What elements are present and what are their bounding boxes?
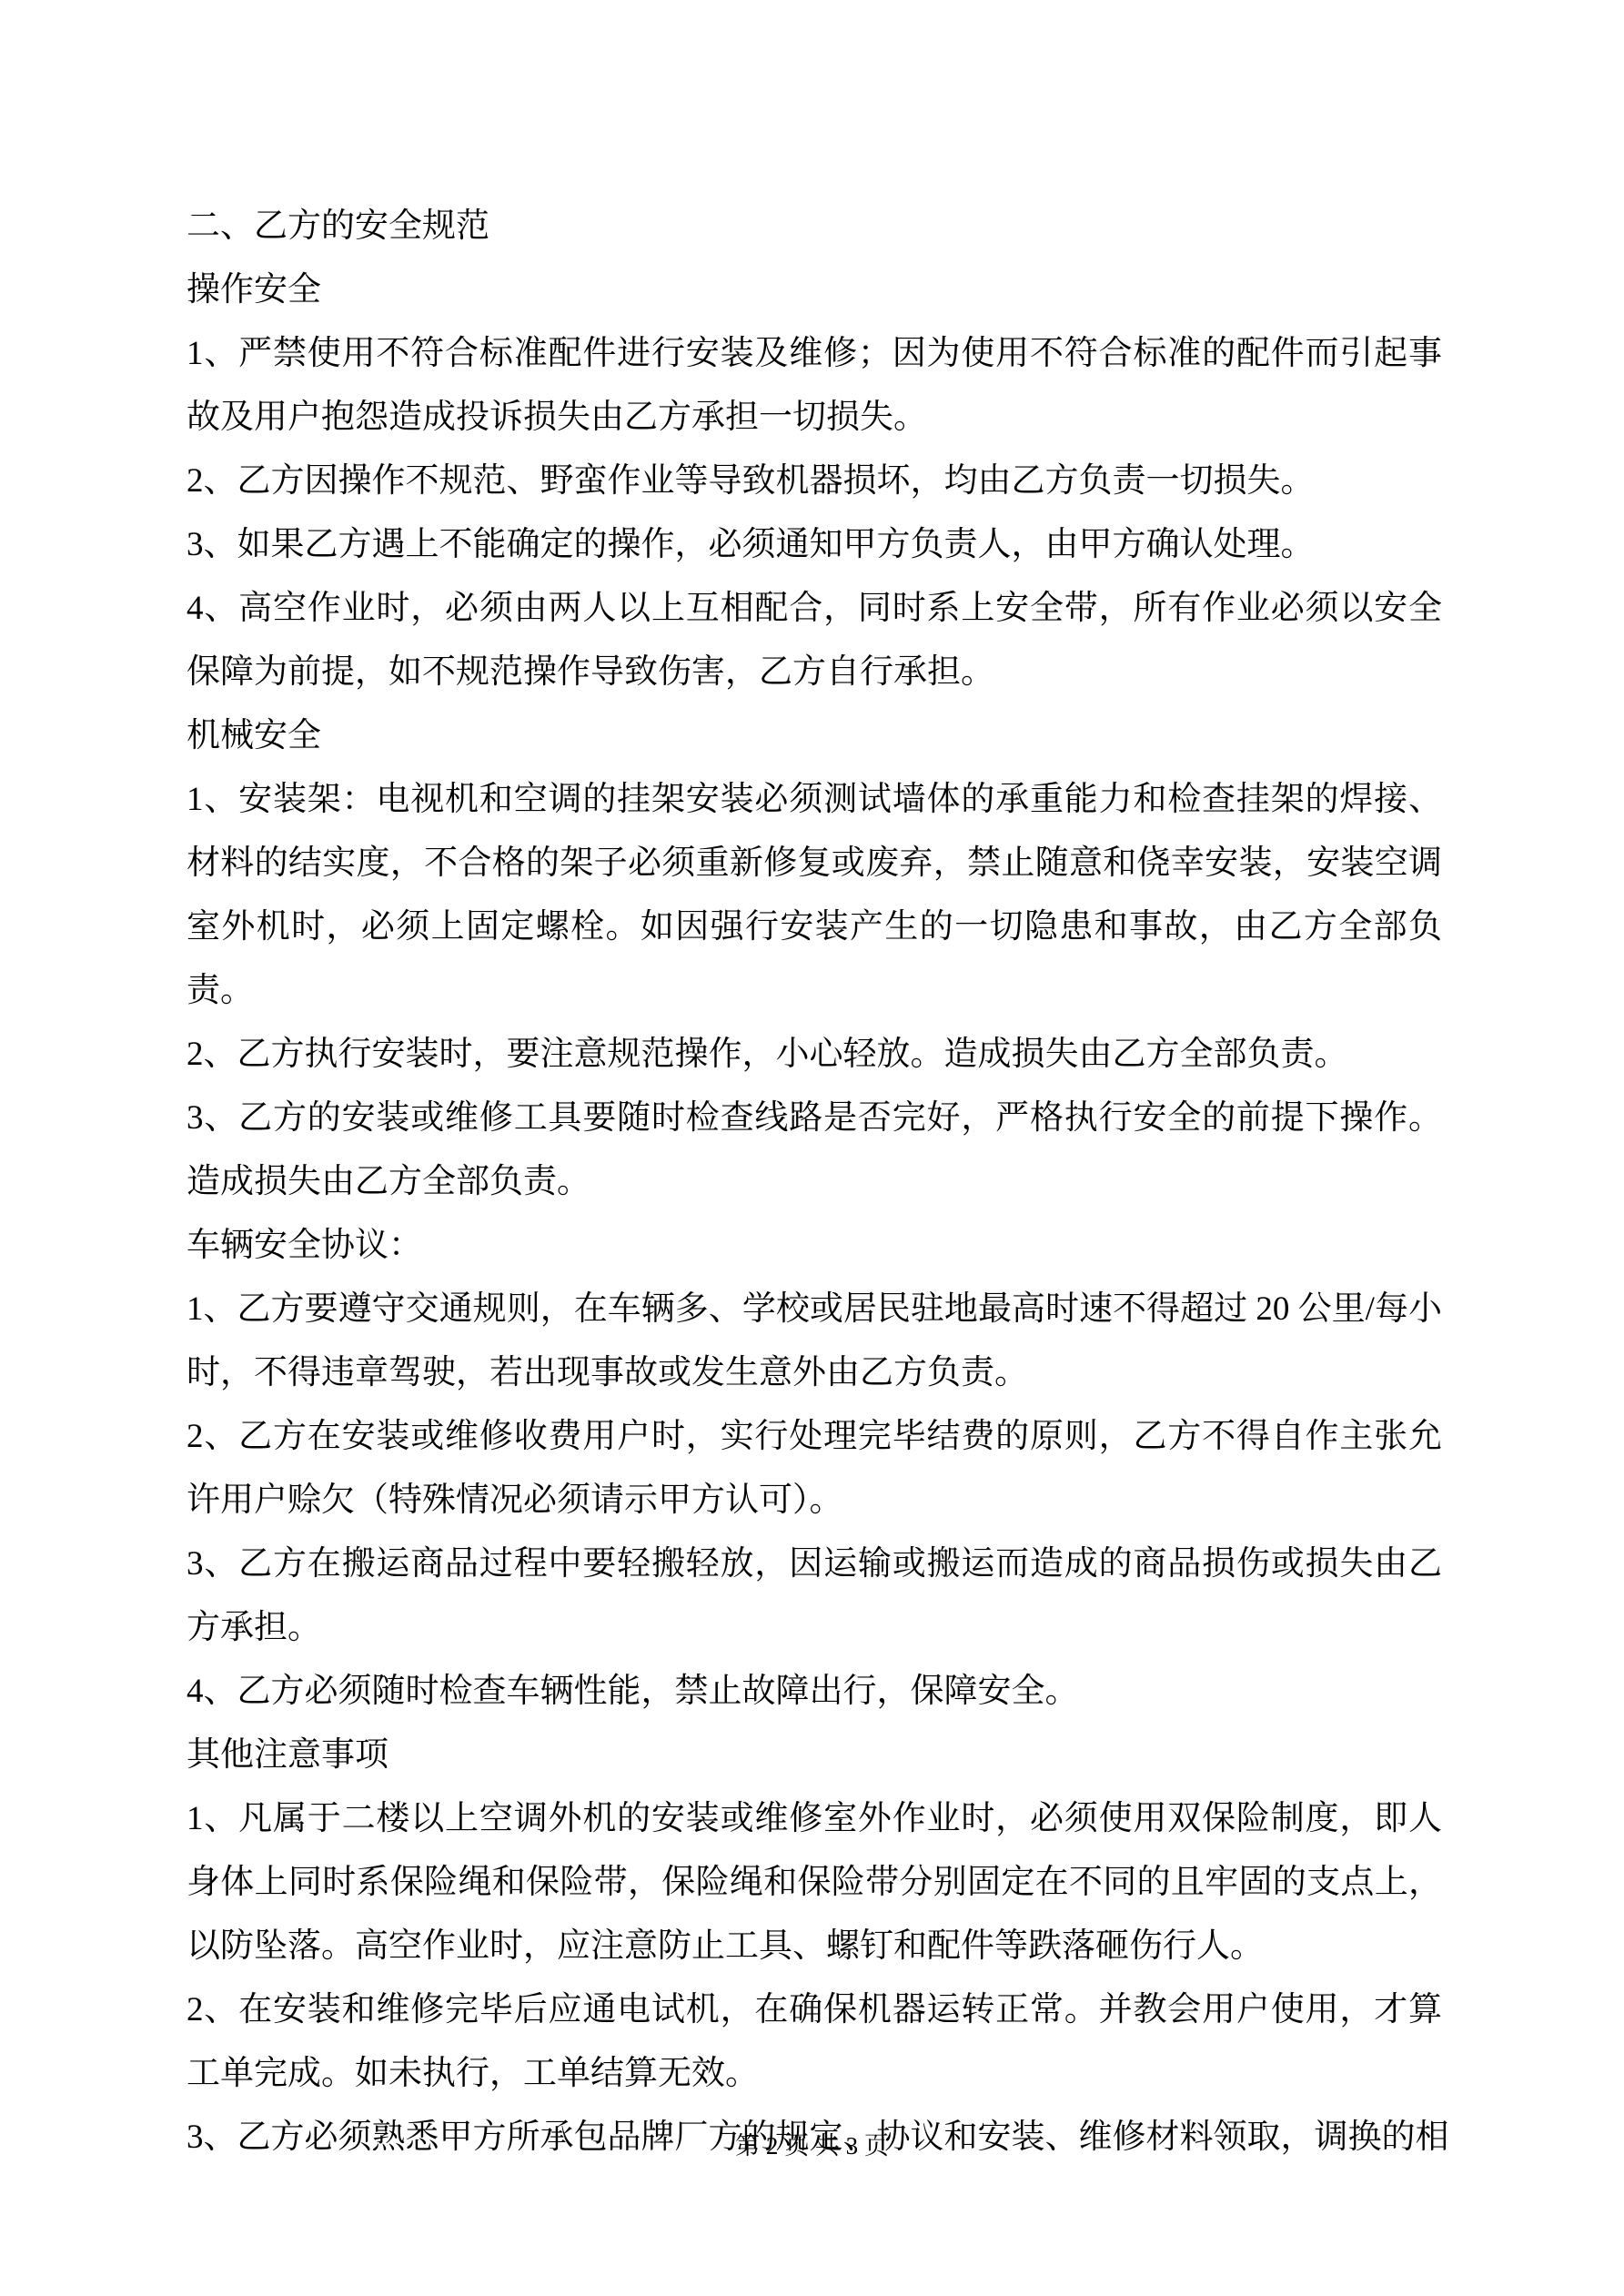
paragraph-item: 4、高空作业时，必须由两人以上互相配合，同时系上安全带，所有作业必须以安全保障为… <box>187 577 1442 704</box>
paragraph-item: 2、乙方在安装或维修收费用户时，实行处理完毕结费的原则，乙方不得自作主张允许用户… <box>187 1405 1442 1532</box>
paragraph-item: 1、乙方要遵守交通规则，在车辆多、学校或居民驻地最高时速不得超过 20 公里/每… <box>187 1278 1442 1405</box>
paragraph-subheading: 操作安全 <box>187 258 1442 322</box>
document-body: 二、乙方的安全规范操作安全1、严禁使用不符合标准配件进行安装及维修；因为使用不符… <box>187 195 1442 2170</box>
paragraph-subheading: 车辆安全协议： <box>187 1214 1442 1278</box>
paragraph-item: 2、乙方执行安装时，要注意规范操作，小心轻放。造成损失由乙方全部负责。 <box>187 1023 1442 1087</box>
paragraph-heading: 二、乙方的安全规范 <box>187 195 1442 258</box>
paragraph-item: 3、乙方的安装或维修工具要随时检查线路是否完好，严格执行安全的前提下操作。造成损… <box>187 1087 1442 1214</box>
paragraph-subheading: 其他注意事项 <box>187 1724 1442 1787</box>
paragraph-subheading: 机械安全 <box>187 704 1442 768</box>
paragraph-item: 4、乙方必须随时检查车辆性能，禁止故障出行，保障安全。 <box>187 1660 1442 1724</box>
paragraph-item: 3、乙方在搬运商品过程中要轻搬轻放，因运输或搬运而造成的商品损伤或损失由乙方承担… <box>187 1532 1442 1660</box>
page-number-footer: 第 2 页 共 3 页 <box>0 2128 1624 2164</box>
paragraph-item: 2、乙方因操作不规范、野蛮作业等导致机器损坏，均由乙方负责一切损失。 <box>187 450 1442 513</box>
paragraph-item: 1、凡属于二楼以上空调外机的安装或维修室外作业时，必须使用双保险制度，即人身体上… <box>187 1787 1442 1978</box>
document-page: 二、乙方的安全规范操作安全1、严禁使用不符合标准配件进行安装及维修；因为使用不符… <box>0 0 1624 2296</box>
paragraph-item: 1、安装架：电视机和空调的挂架安装必须测试墙体的承重能力和检查挂架的焊接、材料的… <box>187 768 1442 1023</box>
paragraph-item: 3、如果乙方遇上不能确定的操作，必须通知甲方负责人，由甲方确认处理。 <box>187 513 1442 577</box>
paragraph-item: 1、严禁使用不符合标准配件进行安装及维修；因为使用不符合标准的配件而引起事故及用… <box>187 322 1442 450</box>
paragraph-item: 2、在安装和维修完毕后应通电试机，在确保机器运转正常。并教会用户使用，才算工单完… <box>187 1978 1442 2106</box>
